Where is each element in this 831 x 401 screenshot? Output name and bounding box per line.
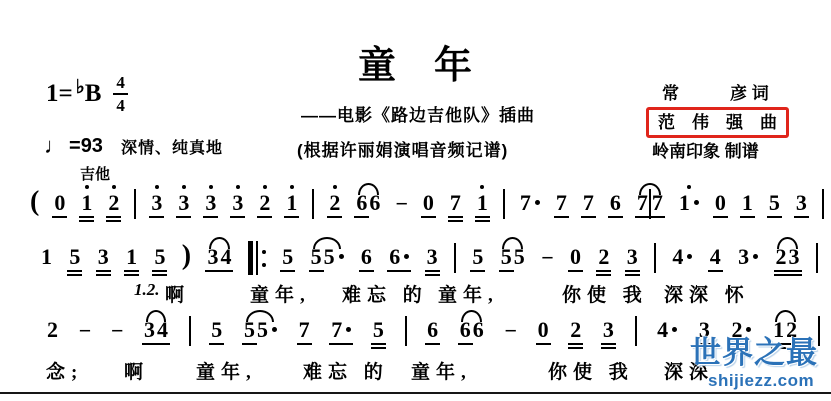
duration-dash: − bbox=[504, 318, 517, 344]
augmentation-dot bbox=[346, 327, 351, 332]
sheet-music-page: 1=♭B 4 4 ♩ = 93 深情、纯真地 吉他 童 年 ——电影《路边吉他队… bbox=[0, 0, 831, 401]
note-number: 3 bbox=[627, 244, 638, 269]
duration-dash: − bbox=[79, 318, 92, 344]
underline-beam bbox=[601, 347, 616, 349]
duration-dash: − bbox=[395, 191, 408, 217]
underline-beam bbox=[218, 270, 233, 272]
underline-beam bbox=[708, 270, 723, 272]
note-number: 2 bbox=[570, 317, 581, 342]
arranger-credit: 岭南印象 制谱 bbox=[652, 140, 759, 163]
note-number: 6 bbox=[356, 190, 367, 215]
augmentation-dot bbox=[272, 327, 277, 332]
note-number: 2 bbox=[108, 190, 119, 215]
note-7: 7 bbox=[449, 183, 462, 225]
note-number: 2 bbox=[776, 244, 787, 269]
slur-group: 34 bbox=[206, 237, 232, 279]
note-number: 5 bbox=[373, 317, 384, 342]
underline-beam bbox=[625, 270, 640, 272]
note-number: 1 bbox=[286, 190, 297, 215]
note-number: 4 bbox=[672, 244, 683, 269]
barline bbox=[503, 189, 505, 219]
lyric-segment: 啊 bbox=[124, 357, 149, 384]
note-7: 7 bbox=[651, 183, 664, 225]
lyric-segment: 你使 我 bbox=[548, 357, 634, 384]
note-5: 5 bbox=[310, 237, 323, 279]
score-line-1: (012333321266−07177767710153 bbox=[30, 183, 824, 225]
note-number: 3 bbox=[738, 244, 749, 269]
note-6: 6 bbox=[609, 183, 622, 225]
barline bbox=[822, 189, 824, 219]
note-4: 4 bbox=[671, 237, 693, 279]
lyric-segment: 童年, bbox=[438, 280, 499, 307]
augmentation-dot bbox=[672, 327, 677, 332]
slur-group: 55 bbox=[500, 237, 526, 279]
underline-beam bbox=[601, 343, 616, 345]
underline-beam bbox=[596, 270, 611, 272]
note-5: 5 bbox=[513, 237, 526, 279]
note-5: 5 bbox=[471, 237, 484, 279]
note-number: 2 bbox=[47, 317, 58, 342]
octave-dot bbox=[112, 185, 116, 189]
underline-beam bbox=[354, 216, 369, 218]
note-number: 6 bbox=[389, 244, 400, 269]
note-3: 3 bbox=[177, 183, 190, 225]
underline-beam bbox=[448, 216, 463, 218]
rest-note: 0 bbox=[53, 183, 66, 225]
note-6: 6 bbox=[472, 310, 485, 352]
note-7: 7 bbox=[519, 183, 541, 225]
tempo-equals: = bbox=[69, 135, 81, 158]
octave-dot bbox=[236, 185, 240, 189]
meter-numerator: 4 bbox=[113, 74, 128, 95]
note-number: 3 bbox=[144, 317, 155, 342]
note-number: 2 bbox=[329, 190, 340, 215]
augmentation-dot bbox=[694, 200, 699, 205]
note-number: 6 bbox=[473, 317, 484, 342]
underline-beam bbox=[448, 220, 463, 222]
note-number: 1 bbox=[477, 190, 488, 215]
repeat-begin-sign bbox=[248, 241, 266, 275]
note-2: 2 bbox=[328, 183, 341, 225]
note-1: 1 bbox=[80, 183, 93, 225]
note-number: 4 bbox=[657, 317, 668, 342]
underline-beam bbox=[152, 274, 167, 276]
note-number: 6 bbox=[610, 190, 621, 215]
note-number: 1 bbox=[81, 190, 92, 215]
underline-beam bbox=[309, 270, 324, 272]
underline-beam bbox=[568, 347, 583, 349]
watermark-title: 世界之最 bbox=[690, 335, 818, 370]
lyric-segment: 童年, bbox=[196, 357, 257, 384]
note-number: 5 bbox=[501, 244, 512, 269]
underline-beam bbox=[425, 274, 440, 276]
underline-beam bbox=[767, 216, 782, 218]
lyric-segment: 难忘 的 bbox=[342, 280, 428, 307]
note-3: 3 bbox=[795, 183, 808, 225]
note-7: 7 bbox=[636, 183, 649, 225]
note-number: 6 bbox=[369, 190, 380, 215]
barline bbox=[454, 243, 456, 273]
underline-beam bbox=[230, 216, 245, 218]
note-4: 4 bbox=[219, 237, 232, 279]
barline bbox=[816, 243, 818, 273]
augmentation-dot bbox=[687, 254, 692, 259]
note-number: 7 bbox=[450, 190, 461, 215]
underline-beam bbox=[596, 274, 611, 276]
barline bbox=[189, 316, 191, 346]
underline-beam bbox=[371, 347, 386, 349]
score-line-2: 15315)34555663555−02344323 bbox=[40, 237, 818, 279]
underline-beam bbox=[713, 216, 728, 218]
octave-dot bbox=[333, 185, 337, 189]
note-number: 6 bbox=[361, 244, 372, 269]
note-4: 4 bbox=[656, 310, 678, 352]
lyric-segment: 念; bbox=[46, 357, 83, 384]
underline-beam bbox=[387, 270, 411, 272]
flat-symbol: ♭ bbox=[76, 76, 85, 99]
underline-beam bbox=[635, 216, 650, 218]
bottom-border-line bbox=[0, 392, 831, 394]
underline-beam bbox=[124, 274, 139, 276]
note-number: 0 bbox=[715, 190, 726, 215]
note-number: 3 bbox=[796, 190, 807, 215]
slur-group: 66 bbox=[355, 183, 381, 225]
underline-beam bbox=[787, 274, 802, 276]
lyric-segment: 啊 bbox=[165, 280, 190, 307]
note-number: 7 bbox=[637, 190, 648, 215]
note-5: 5 bbox=[768, 183, 781, 225]
underline-beam bbox=[52, 216, 67, 218]
augmentation-dot bbox=[535, 200, 540, 205]
barline bbox=[818, 316, 820, 346]
note-number: 3 bbox=[205, 190, 216, 215]
meter-denominator: 4 bbox=[116, 95, 125, 114]
augmentation-dot bbox=[753, 254, 758, 259]
note-number: 4 bbox=[710, 244, 721, 269]
octave-dot bbox=[687, 185, 691, 189]
parenthesis: ( bbox=[30, 186, 39, 222]
expression-marking: 深情、纯真地 bbox=[121, 135, 223, 158]
note-3: 3 bbox=[737, 237, 759, 279]
lyricist-credit: 常 彦 词 bbox=[662, 82, 769, 105]
underline-beam bbox=[176, 216, 191, 218]
song-title: 童 年 bbox=[290, 34, 540, 89]
underline-beam bbox=[257, 216, 272, 218]
note-number: 0 bbox=[570, 244, 581, 269]
underline-beam bbox=[425, 343, 440, 345]
slur-group: 55 bbox=[310, 237, 345, 279]
note-7: 7 bbox=[298, 310, 311, 352]
song-subtitle: ——电影《路边吉他队》插曲 bbox=[301, 101, 535, 126]
quarter-note-icon: ♩ bbox=[44, 133, 66, 159]
note-number: 1 bbox=[679, 190, 690, 215]
composer-highlight-box: 范 伟 强 曲 bbox=[646, 107, 789, 138]
underline-beam bbox=[499, 270, 514, 272]
note-number: 3 bbox=[207, 244, 218, 269]
barline bbox=[654, 243, 656, 273]
note-number: 6 bbox=[460, 317, 471, 342]
note-number: 3 bbox=[789, 244, 800, 269]
note-number: 3 bbox=[151, 190, 162, 215]
lyrics-line-1: 1.2.啊童年,难忘 的童年,你使 我深深 怀 bbox=[0, 280, 831, 306]
note-number: 5 bbox=[211, 317, 222, 342]
lyric-segment: 深深 怀 bbox=[664, 280, 750, 307]
underline-beam bbox=[280, 270, 295, 272]
note-3: 3 bbox=[231, 183, 244, 225]
note-3: 3 bbox=[206, 237, 219, 279]
underline-beam bbox=[608, 216, 623, 218]
slur-group: 23 bbox=[775, 237, 801, 279]
augmentation-dot bbox=[339, 254, 344, 259]
note-number: 2 bbox=[598, 244, 609, 269]
note-number: 5 bbox=[311, 244, 322, 269]
note-6: 6 bbox=[388, 237, 410, 279]
composer-credit: 范 伟 强 曲 bbox=[658, 113, 777, 132]
octave-dot bbox=[182, 185, 186, 189]
note-2: 2 bbox=[569, 310, 582, 352]
note-5: 5 bbox=[210, 310, 223, 352]
octave-dot bbox=[263, 185, 267, 189]
underline-beam bbox=[96, 270, 111, 272]
note-number: 7 bbox=[299, 317, 310, 342]
lyric-segment: 难忘 的 bbox=[303, 357, 389, 384]
note-6: 6 bbox=[459, 310, 472, 352]
key-signature: 1=♭B 4 4 bbox=[46, 74, 128, 114]
note-number: 6 bbox=[427, 317, 438, 342]
barline bbox=[134, 189, 136, 219]
note-7: 7 bbox=[582, 183, 595, 225]
note-number: 0 bbox=[54, 190, 65, 215]
barline bbox=[312, 189, 314, 219]
lyric-segment: 1.2. bbox=[134, 280, 160, 300]
rest-note: 0 bbox=[537, 310, 550, 352]
tempo-value: 93 bbox=[81, 135, 103, 158]
note-6: 6 bbox=[426, 310, 439, 352]
note-7: 7 bbox=[555, 183, 568, 225]
note-number: 5 bbox=[154, 244, 165, 269]
note-5: 5 bbox=[500, 237, 513, 279]
note-number: 4 bbox=[157, 317, 168, 342]
underline-beam bbox=[155, 343, 170, 345]
slur-group: 66 bbox=[459, 310, 485, 352]
rest-note: 0 bbox=[569, 237, 582, 279]
note-number: 7 bbox=[652, 190, 663, 215]
slur-group: 34 bbox=[143, 310, 169, 352]
octave-dot bbox=[85, 185, 89, 189]
underline-beam bbox=[740, 216, 755, 218]
credits-block: 常 彦 词 范 伟 强 曲 岭南印象 制谱 bbox=[646, 82, 789, 163]
note-2: 2 bbox=[46, 310, 59, 352]
note-number: 5 bbox=[69, 244, 80, 269]
note-3: 3 bbox=[788, 237, 801, 279]
slur-group: 77 bbox=[636, 183, 664, 225]
octave-dot bbox=[209, 185, 213, 189]
note-number: 4 bbox=[220, 244, 231, 269]
note-1: 1 bbox=[125, 237, 138, 279]
instrument-label: 吉他 bbox=[80, 163, 110, 184]
rest-note: 0 bbox=[714, 183, 727, 225]
note-number: 3 bbox=[232, 190, 243, 215]
note-number: 1 bbox=[41, 244, 52, 269]
note-number: 5 bbox=[769, 190, 780, 215]
underline-beam bbox=[67, 274, 82, 276]
note-number: 0 bbox=[423, 190, 434, 215]
note-3: 3 bbox=[204, 183, 217, 225]
underline-beam bbox=[96, 274, 111, 276]
note-1: 1 bbox=[476, 183, 489, 225]
underline-beam bbox=[124, 270, 139, 272]
underline-beam bbox=[106, 220, 121, 222]
underline-beam bbox=[650, 216, 665, 218]
note-3: 3 bbox=[626, 237, 639, 279]
note-number: 7 bbox=[556, 190, 567, 215]
underline-beam bbox=[421, 216, 436, 218]
note-1: 1 bbox=[40, 237, 53, 279]
underline-beam bbox=[794, 216, 809, 218]
augmentation-dot bbox=[404, 254, 409, 259]
underline-beam bbox=[284, 216, 299, 218]
slur-group: 55 bbox=[243, 310, 278, 352]
note-5: 5 bbox=[372, 310, 385, 352]
note-7: 7 bbox=[330, 310, 352, 352]
underline-beam bbox=[149, 216, 164, 218]
note-5: 5 bbox=[153, 237, 166, 279]
underline-beam bbox=[625, 274, 640, 276]
note-5: 5 bbox=[243, 310, 256, 352]
note-2: 2 bbox=[775, 237, 788, 279]
note-4: 4 bbox=[156, 310, 169, 352]
underline-beam bbox=[327, 216, 342, 218]
barline bbox=[405, 316, 407, 346]
note-number: 1 bbox=[126, 244, 137, 269]
lyric-segment: 童年, bbox=[411, 357, 472, 384]
underline-beam bbox=[581, 216, 596, 218]
underline-beam bbox=[470, 270, 485, 272]
underline-beam bbox=[787, 270, 802, 272]
note-3: 3 bbox=[143, 310, 156, 352]
note-number: 5 bbox=[282, 244, 293, 269]
duration-dash: − bbox=[111, 318, 124, 344]
lyric-segment: 你使 我 bbox=[562, 280, 648, 307]
underline-beam bbox=[536, 343, 551, 345]
underline-beam bbox=[152, 270, 167, 272]
note-6: 6 bbox=[355, 183, 368, 225]
underline-beam bbox=[475, 220, 490, 222]
rest-note: 0 bbox=[422, 183, 435, 225]
note-1: 1 bbox=[741, 183, 754, 225]
note-number: 0 bbox=[538, 317, 549, 342]
note-3: 3 bbox=[97, 237, 110, 279]
note-5: 5 bbox=[281, 237, 294, 279]
underline-beam bbox=[371, 343, 386, 345]
underline-beam bbox=[329, 343, 353, 345]
note-5: 5 bbox=[68, 237, 81, 279]
parenthesis: ) bbox=[182, 240, 191, 276]
time-signature: 4 4 bbox=[113, 74, 128, 114]
note-number: 3 bbox=[427, 244, 438, 269]
underline-beam bbox=[242, 343, 257, 345]
note-number: 5 bbox=[514, 244, 525, 269]
note-5: 5 bbox=[323, 237, 345, 279]
note-2: 2 bbox=[107, 183, 120, 225]
tempo-marking: ♩ = 93 深情、纯真地 bbox=[44, 133, 223, 159]
octave-dot bbox=[155, 185, 159, 189]
underline-beam bbox=[79, 220, 94, 222]
note-number: 7 bbox=[331, 317, 342, 342]
barline bbox=[635, 316, 637, 346]
note-number: 5 bbox=[324, 244, 335, 269]
underline-beam bbox=[106, 216, 121, 218]
underline-beam bbox=[475, 216, 490, 218]
transcription-note: (根据许丽娟演唱音频记谱) bbox=[297, 136, 508, 161]
key-prefix: 1= bbox=[46, 80, 73, 108]
note-number: 5 bbox=[257, 317, 268, 342]
note-2: 2 bbox=[597, 237, 610, 279]
note-number: 5 bbox=[244, 317, 255, 342]
note-3: 3 bbox=[426, 237, 439, 279]
note-number: 7 bbox=[520, 190, 531, 215]
augmentation-dot bbox=[746, 327, 751, 332]
note-5: 5 bbox=[256, 310, 278, 352]
note-number: 1 bbox=[742, 190, 753, 215]
underline-beam bbox=[67, 270, 82, 272]
note-number: 7 bbox=[583, 190, 594, 215]
underline-beam bbox=[568, 270, 583, 272]
watermark: 世界之最 shijiezz.com bbox=[690, 335, 818, 391]
note-2: 2 bbox=[258, 183, 271, 225]
underline-beam bbox=[554, 216, 569, 218]
key-letter: B bbox=[85, 80, 102, 108]
note-4: 4 bbox=[709, 237, 722, 279]
underline-beam bbox=[458, 343, 473, 345]
note-number: 3 bbox=[98, 244, 109, 269]
duration-dash: − bbox=[541, 245, 554, 271]
underline-beam bbox=[359, 270, 374, 272]
note-1: 1 bbox=[678, 183, 700, 225]
lyric-segment: 童年, bbox=[250, 280, 311, 307]
note-number: 5 bbox=[472, 244, 483, 269]
underline-beam bbox=[209, 343, 224, 345]
note-number: 3 bbox=[178, 190, 189, 215]
underline-beam bbox=[568, 343, 583, 345]
watermark-url: shijiezz.com bbox=[708, 371, 818, 391]
note-3: 3 bbox=[150, 183, 163, 225]
underline-beam bbox=[297, 343, 312, 345]
octave-dot bbox=[480, 185, 484, 189]
underline-beam bbox=[79, 216, 94, 218]
underline-beam bbox=[203, 216, 218, 218]
note-1: 1 bbox=[285, 183, 298, 225]
underline-beam bbox=[425, 270, 440, 272]
note-number: 2 bbox=[259, 190, 270, 215]
octave-dot bbox=[290, 185, 294, 189]
note-number: 3 bbox=[603, 317, 614, 342]
note-3: 3 bbox=[602, 310, 615, 352]
note-6: 6 bbox=[360, 237, 373, 279]
note-6: 6 bbox=[368, 183, 381, 225]
